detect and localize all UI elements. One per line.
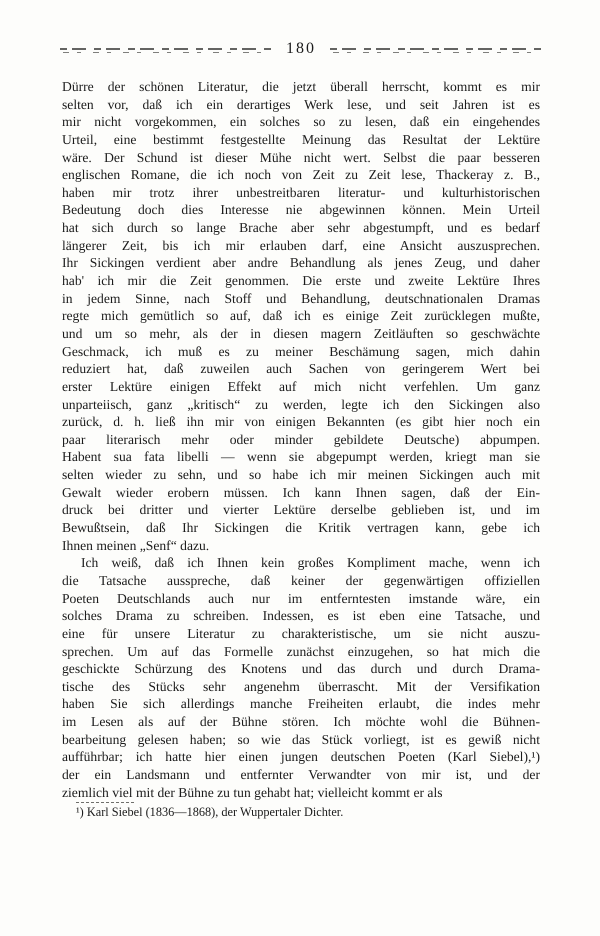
text-line: unparteiisch, ganz „kritisch“ zu werden,… xyxy=(62,396,540,414)
text-line: die Tatsache ausspreche, daß keiner der … xyxy=(62,572,540,590)
text-line: paar literarisch mehr oder minder gebild… xyxy=(62,431,540,449)
text-line: und um so mehr, als der in diesen magern… xyxy=(62,325,540,343)
text-line: Urteil, eine bestimmt festgestellte Mein… xyxy=(62,131,540,149)
text-line: erster Lektüre einigen Effekt auf mich n… xyxy=(62,378,540,396)
text-line: solches Drama zu schreiben. Indessen, es… xyxy=(62,607,540,625)
text-line: selten vor, daß ich ein derartiges Werk … xyxy=(62,96,540,114)
paragraph: Ich weiß, daß ich Ihnen kein großes Komp… xyxy=(62,554,540,801)
text-line: reduziert hat, daß zuweilen auch Sachen … xyxy=(62,360,540,378)
footnote-text: ¹) Karl Siebel (1836—1868), der Wupperta… xyxy=(62,804,540,820)
text-line: Ich weiß, daß ich Ihnen kein großes Komp… xyxy=(62,554,540,572)
text-line: haben mir trotz ihrer unbestreitbaren li… xyxy=(62,184,540,202)
text-line: zurück, d. h. ließ ihn mir von einigen B… xyxy=(62,413,540,431)
text-line: selten wieder zu sehn, und so habe ich m… xyxy=(62,466,540,484)
text-line: Dürre der schönen Literatur, die jetzt ü… xyxy=(62,78,540,96)
text-line: Ihr Sickingen verdient aber andre Behand… xyxy=(62,254,540,272)
head-rule-right xyxy=(330,48,542,53)
text-line: in jedem Sinne, nach Stoff und Behandlun… xyxy=(62,290,540,308)
page-number: 180 xyxy=(272,41,330,57)
text-line: hab' ich mir die Zeit genommen. Die erst… xyxy=(62,272,540,290)
text-block: Dürre der schönen Literatur, die jetzt ü… xyxy=(62,78,540,801)
footnote-separator xyxy=(76,802,134,803)
text-line: Gewalt wieder erobern müssen. Ich kann I… xyxy=(62,484,540,502)
text-line: regte mich gemütlich so auf, daß ich es … xyxy=(62,307,540,325)
text-line: sprechen. Um auf das Formelle zunächst e… xyxy=(62,643,540,661)
text-line: druck bei dritter und vierter Lektüre de… xyxy=(62,501,540,519)
text-line: tische des Stücks sehr angenehm überrasc… xyxy=(62,678,540,696)
footnote: ¹) Karl Siebel (1836—1868), der Wupperta… xyxy=(62,802,540,820)
text-line: Ihnen meinen „Senf“ dazu. xyxy=(62,537,540,555)
head-rule-left xyxy=(60,48,272,53)
text-line: hat sich durch so lange Brache aber sehr… xyxy=(62,219,540,237)
text-line: Poeten Deutschlands auch nur im entfernt… xyxy=(62,590,540,608)
text-line: wäre. Der Schund ist dieser Mühe nicht w… xyxy=(62,149,540,167)
text-line: aufführbar; ich hatte hier einen jungen … xyxy=(62,748,540,766)
text-line: ziemlich viel mit der Bühne zu tun gehab… xyxy=(62,784,540,802)
text-line: eine für unsere Literatur zu charakteris… xyxy=(62,625,540,643)
text-line: haben Sie sich allerdings manche Freihei… xyxy=(62,695,540,713)
text-line: im Lesen als auf der Bühne stören. Ich m… xyxy=(62,713,540,731)
paragraph: Dürre der schönen Literatur, die jetzt ü… xyxy=(62,78,540,554)
text-line: Geschmack, ich muß es zu meiner Beschämu… xyxy=(62,343,540,361)
text-line: mir nicht vorgekommen, ein solches so zu… xyxy=(62,113,540,131)
text-line: Bedeutung doch dies Interesse nie abgewi… xyxy=(62,201,540,219)
running-head: 180 xyxy=(60,42,542,58)
text-line: der ein Landsmann und entfernter Verwand… xyxy=(62,766,540,784)
book-page: 180 Dürre der schönen Literatur, die jet… xyxy=(0,0,600,936)
text-line: bearbeitung gelesen haben; so wie das St… xyxy=(62,731,540,749)
text-line: geschickte Schürzung des Knotens und das… xyxy=(62,660,540,678)
text-line: Habent sua fata libelli — wenn sie abgep… xyxy=(62,448,540,466)
text-line: englischen Romane, die ich noch von Zeit… xyxy=(62,166,540,184)
text-line: Bewußtsein, daß Ihr Sickingen die Kritik… xyxy=(62,519,540,537)
text-line: längerer Zeit, bis ich mir erlauben darf… xyxy=(62,237,540,255)
